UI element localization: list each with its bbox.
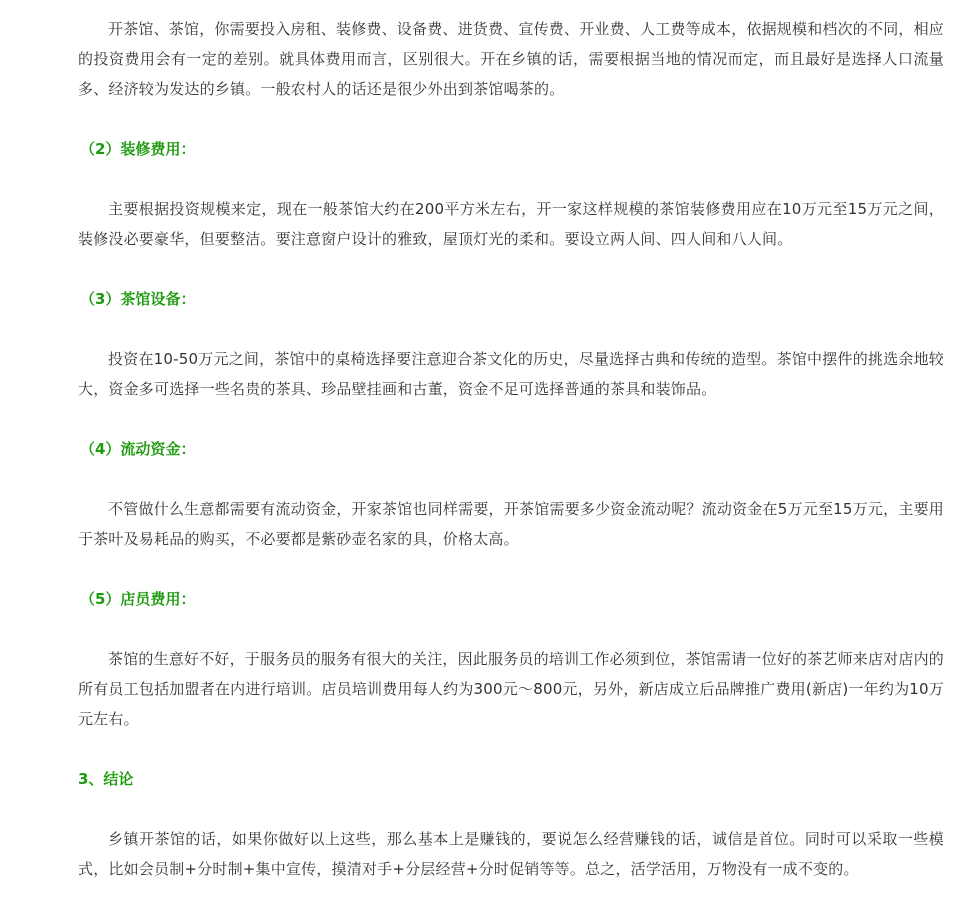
spacer bbox=[78, 404, 944, 434]
spacer bbox=[78, 254, 944, 284]
spacer bbox=[78, 464, 944, 494]
section-heading-equipment: （3）茶馆设备： bbox=[78, 284, 944, 314]
spacer bbox=[78, 314, 944, 344]
spacer bbox=[78, 794, 944, 824]
section-paragraph-working-capital: 不管做什么生意都需要有流动资金，开家茶馆也同样需要，开茶馆需要多少资金流动呢？流… bbox=[78, 494, 944, 554]
spacer bbox=[78, 734, 944, 764]
spacer bbox=[78, 104, 944, 134]
spacer bbox=[78, 164, 944, 194]
spacer bbox=[78, 554, 944, 584]
section-heading-staff-cost: （5）店员费用： bbox=[78, 584, 944, 614]
conclusion-paragraph: 乡镇开茶馆的话，如果你做好以上这些，那么基本上是赚钱的，要说怎么经营赚钱的话，诚… bbox=[78, 824, 944, 884]
section-paragraph-decoration-cost: 主要根据投资规模来定，现在一般茶馆大约在200平方米左右，开一家这样规模的茶馆装… bbox=[78, 194, 944, 254]
section-paragraph-staff-cost: 茶馆的生意好不好，于服务员的服务有很大的关注，因此服务员的培训工作必须到位，茶馆… bbox=[78, 644, 944, 734]
spacer bbox=[78, 614, 944, 644]
article-body: 开茶馆、茶馆，你需要投入房租、装修费、设备费、进货费、宣传费、开业费、人工费等成… bbox=[78, 14, 944, 884]
section-heading-decoration-cost: （2）装修费用： bbox=[78, 134, 944, 164]
section-heading-working-capital: （4）流动资金： bbox=[78, 434, 944, 464]
conclusion-heading: 3、结论 bbox=[78, 764, 944, 794]
section-paragraph-equipment: 投资在10-50万元之间，茶馆中的桌椅选择要注意迎合茶文化的历史，尽量选择古典和… bbox=[78, 344, 944, 404]
intro-paragraph: 开茶馆、茶馆，你需要投入房租、装修费、设备费、进货费、宣传费、开业费、人工费等成… bbox=[78, 14, 944, 104]
